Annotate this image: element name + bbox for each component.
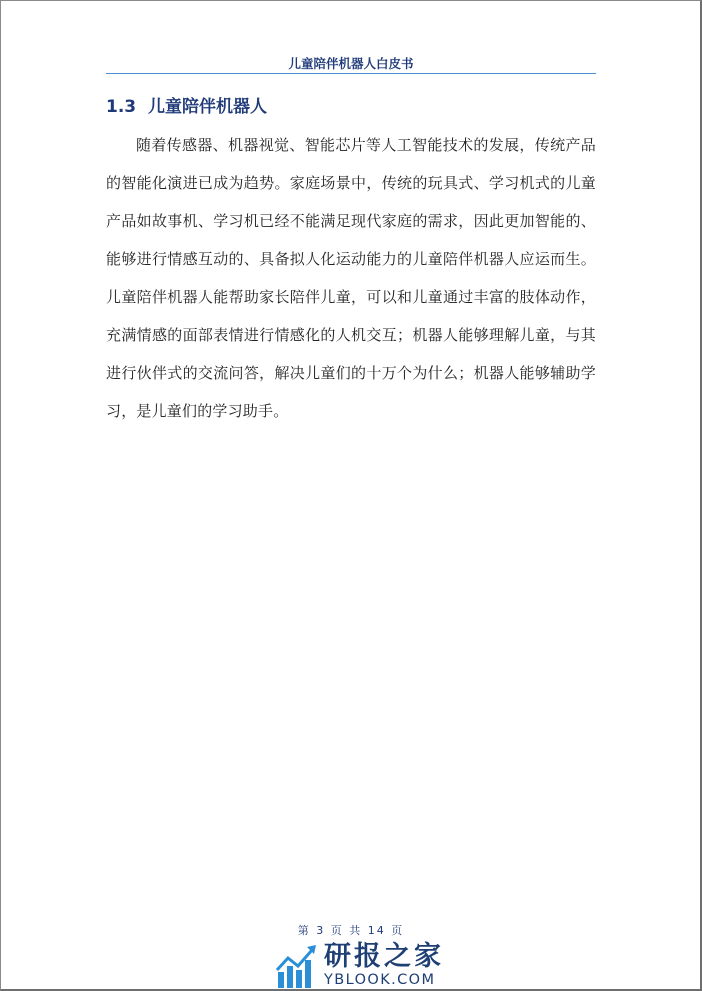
header-divider — [106, 73, 596, 74]
body-paragraph: 随着传感器、机器视觉、智能芯片等人工智能技术的发展，传统产品的智能化演进已成为趋… — [106, 126, 596, 430]
watermark-cn-text: 研报之家 — [324, 942, 444, 972]
section-heading: 1.3儿童陪伴机器人 — [106, 92, 267, 117]
page-number: 第 3 页 共 14 页 — [0, 922, 702, 938]
running-header-title: 儿童陪伴机器人白皮书 — [106, 54, 596, 72]
watermark-logo: 研报之家 YBLOOK.COM — [276, 942, 444, 988]
watermark-en-text: YBLOOK.COM — [324, 972, 444, 988]
section-title: 儿童陪伴机器人 — [148, 97, 267, 117]
section-number: 1.3 — [106, 97, 148, 117]
bar-chart-arrow-icon — [276, 944, 318, 988]
